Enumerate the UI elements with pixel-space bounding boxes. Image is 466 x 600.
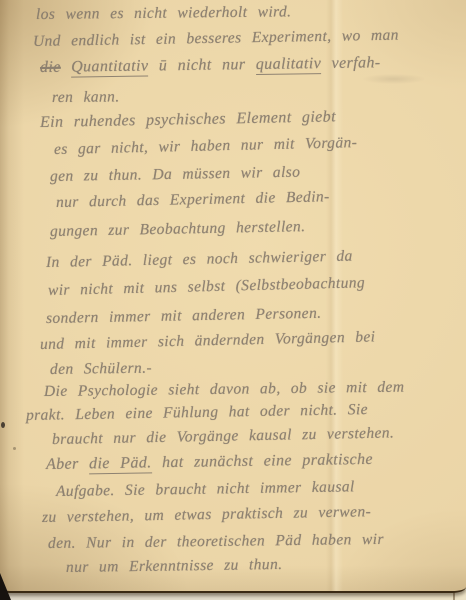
corner-shadow-wedge <box>0 573 11 600</box>
manuscript-line-13: und mit immer sich ändernden Vorgängen b… <box>40 328 376 354</box>
manuscript-line-16: prakt. Leben eine Fühlung hat oder nicht… <box>26 401 368 425</box>
text-run: Aber <box>46 455 89 473</box>
text-run: gen zu thun. Da müssen wir also <box>50 164 301 185</box>
text-run: In der Päd. liegt es noch schwieriger da <box>46 248 353 271</box>
text-run: nur durch das Experiment die Bedin- <box>56 188 330 211</box>
manuscript-line-3: die Quantitativ ū nicht nur qualitativ v… <box>40 54 381 77</box>
text-run: wir nicht mit uns selbst (Selbstbeobacht… <box>48 274 365 299</box>
manuscript-line-19: Aufgabe. Sie braucht nicht immer kausal <box>56 478 355 501</box>
text-run: Aufgabe. Sie braucht nicht immer kausal <box>56 478 355 500</box>
text-run: hat zunächst eine praktische <box>151 451 373 471</box>
text-run: ū nicht nur <box>148 56 256 74</box>
text-run: Und endlich ist ein besseres Experiment,… <box>33 27 399 50</box>
text-run: Die Psychologie sieht davon ab, ob sie m… <box>44 379 405 400</box>
manuscript-line-5: Ein ruhendes psychisches Element giebt <box>40 108 336 132</box>
manuscript-line-18: Aber die Päd. hat zunächst eine praktisc… <box>46 451 373 474</box>
text-run: zu verstehen, um etwas praktisch zu verw… <box>42 503 371 526</box>
manuscript-line-2: Und endlich ist ein besseres Experiment,… <box>33 27 399 51</box>
text-underline: die Päd. <box>89 454 152 474</box>
text-run: gungen zur Beobachtung herstellen. <box>50 218 306 240</box>
text-run: ren kann. <box>52 88 120 106</box>
text-run <box>61 59 72 76</box>
text-run: den. Nur in der theoretischen Päd haben … <box>48 531 384 552</box>
manuscript-line-10: In der Päd. liegt es noch schwieriger da <box>46 248 353 272</box>
manuscript-line-9: gungen zur Beobachtung herstellen. <box>50 218 306 241</box>
text-run: Ein ruhendes psychisches Element giebt <box>40 108 336 131</box>
text-underline: qualitativ <box>256 55 322 75</box>
text-run: es gar nicht, wir haben nur mit Vorgän- <box>54 134 358 158</box>
paper-sheet: los wenn es nicht wiederholt wird.Und en… <box>0 0 466 593</box>
manuscript-line-7: gen zu thun. Da müssen wir also <box>50 164 301 186</box>
text-run: los wenn es nicht wiederholt wird. <box>36 3 292 23</box>
manuscript-line-17: braucht nur die Vorgänge kausal zu verst… <box>52 424 395 449</box>
manuscript-line-15: Die Psychologie sieht davon ab, ob sie m… <box>44 379 405 401</box>
manuscript-line-12: sondern immer mit anderen Personen. <box>46 305 322 328</box>
manuscript-line-21: den. Nur in der theoretischen Päd haben … <box>48 531 384 553</box>
manuscript-line-4: ren kann. <box>52 88 120 107</box>
manuscript-line-8: nur durch das Experiment die Bedin- <box>56 188 330 212</box>
text-run: und mit immer sich ändernden Vorgängen b… <box>40 328 376 353</box>
manuscript-line-20: zu verstehen, um etwas praktisch zu verw… <box>42 503 371 527</box>
text-run: verfah- <box>321 54 381 72</box>
text-run: sondern immer mit anderen Personen. <box>46 305 322 327</box>
manuscript-line-11: wir nicht mit uns selbst (Selbstbeobacht… <box>48 274 365 300</box>
text-run: den Schülern.- <box>50 360 152 378</box>
handwritten-text: los wenn es nicht wiederholt wird.Und en… <box>0 0 466 591</box>
manuscript-line-6: es gar nicht, wir haben nur mit Vorgän- <box>54 134 358 159</box>
text-underline: Quantitativ <box>71 57 149 77</box>
text-run: nur um Erkenntnisse zu thun. <box>66 556 283 576</box>
manuscript-line-1: los wenn es nicht wiederholt wird. <box>36 3 292 24</box>
text-run: braucht nur die Vorgänge kausal zu verst… <box>52 424 395 448</box>
text-run: prakt. Leben eine Fühlung hat oder nicht… <box>26 401 368 424</box>
manuscript-line-14: den Schülern.- <box>50 360 152 379</box>
manuscript-line-22: nur um Erkenntnisse zu thun. <box>66 556 283 577</box>
text-strike: die <box>40 59 61 76</box>
manuscript-scan: los wenn es nicht wiederholt wird.Und en… <box>0 0 466 600</box>
